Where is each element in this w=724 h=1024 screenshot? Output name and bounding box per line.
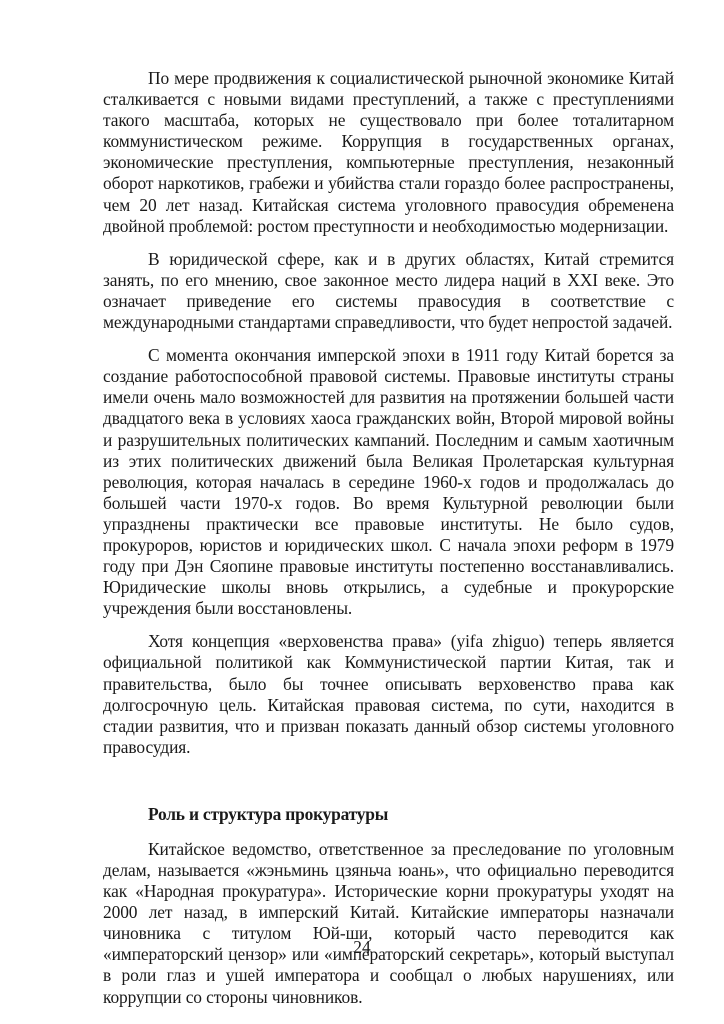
paragraph-legal-history: С момента окончания имперской эпохи в 19… <box>103 345 674 619</box>
paragraph-rule-of-law: Хотя концепция «верховенства права» (yif… <box>103 631 674 758</box>
section-heading: Роль и структура прокуратуры <box>103 804 674 825</box>
paragraph-market-economy-crime: По мере продвижения к социалистической р… <box>103 68 674 237</box>
paragraph-legal-sphere: В юридической сфере, как и в других обла… <box>103 249 674 333</box>
paragraph-procuratorate: Китайское ведомство, ответственное за пр… <box>103 839 674 1008</box>
page-number: 24 <box>0 937 724 958</box>
document-page: По мере продвижения к социалистической р… <box>103 68 674 1020</box>
